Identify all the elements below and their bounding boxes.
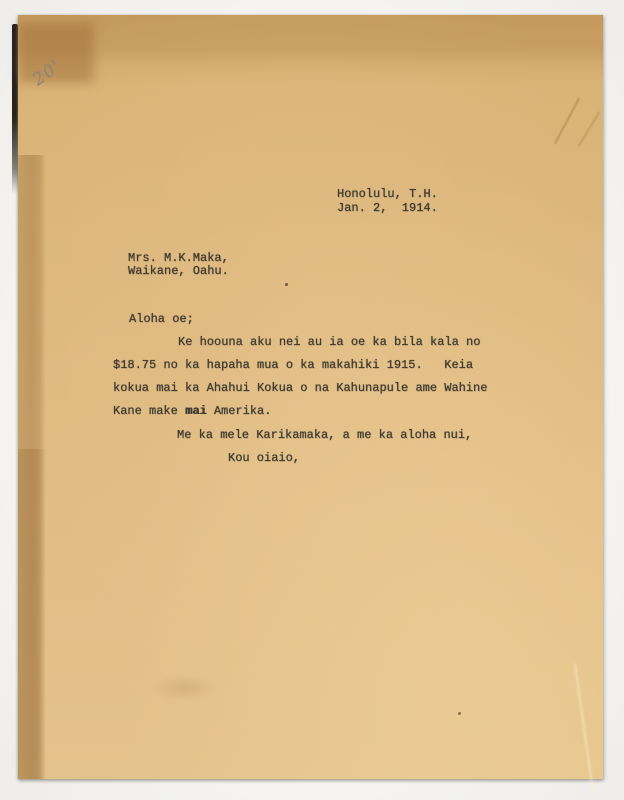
dateline-place: Honolulu, T.H. [337, 188, 438, 201]
crease-bottom-right [574, 663, 594, 792]
paper-speck-2 [285, 283, 288, 286]
closing-signoff: Kou oiaio, [228, 452, 300, 465]
body-line-4-post: Amerika. [207, 404, 272, 418]
body-line-4-pre: Kane make [113, 404, 185, 418]
paper-speck-1 [458, 712, 461, 715]
scratch-mark-1 [554, 98, 580, 145]
body-line-3: kokua mai ka Ahahui Kokua o na Kahunapul… [113, 382, 487, 395]
scanned-letter-background: 20' Honolulu, T.H. Jan. 2, 1914. Mrs. M.… [0, 0, 624, 800]
left-edge-discoloration-lower [18, 449, 45, 779]
stain-bottom-left [153, 675, 217, 701]
dateline-date: Jan. 2, 1914. [337, 202, 438, 215]
body-line-4-emphasis: mai [185, 404, 207, 418]
body-line-2: $18.75 no ka hapaha mua o ka makahiki 19… [113, 359, 473, 372]
body-line-4: Kane make mai Amerika. [113, 405, 271, 418]
closing-line: Me ka mele Karikamaka, a me ka aloha nui… [177, 429, 472, 442]
scratch-mark-2 [578, 111, 600, 146]
body-line-1: Ke hoouna aku nei au ia oe ka bila kala … [178, 336, 480, 349]
salutation: Aloha oe; [129, 313, 194, 326]
letter-page: 20' Honolulu, T.H. Jan. 2, 1914. Mrs. M.… [18, 15, 603, 779]
recipient-location: Waikane, Oahu. [128, 265, 229, 278]
